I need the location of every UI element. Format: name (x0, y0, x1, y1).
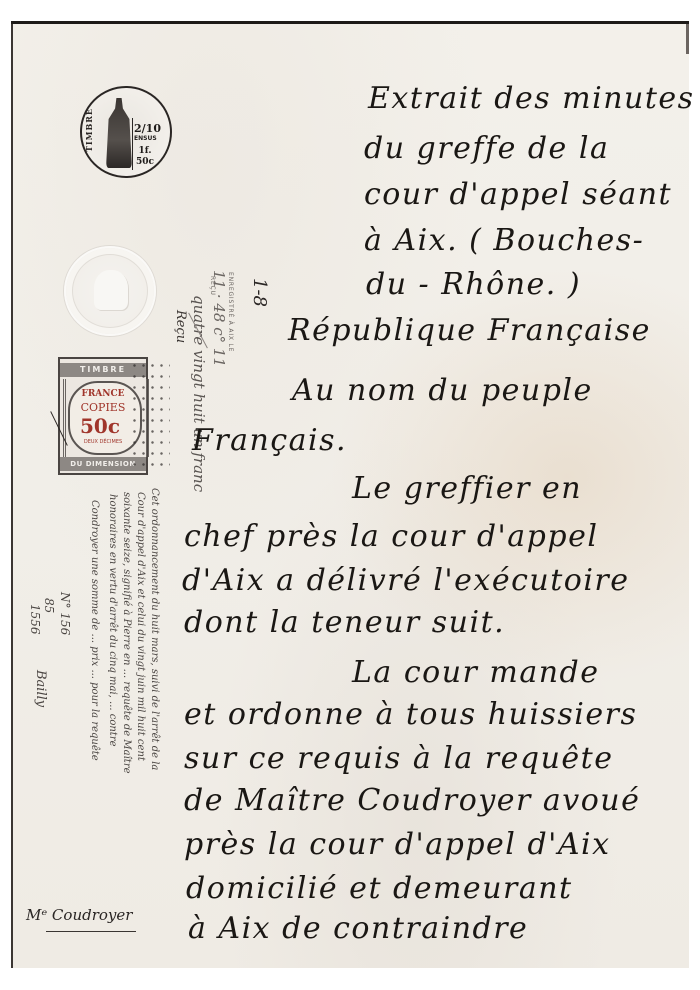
registration-signature: Reçu (173, 310, 188, 343)
embossed-seal (64, 246, 156, 336)
body-line: du greffe de la (364, 134, 609, 164)
body-line: Français. (192, 426, 347, 456)
body-line: La cour mande (352, 658, 600, 688)
body-line: sur ce requis à la requête (184, 744, 613, 774)
timbre-value-bottom-1: 1f. (136, 146, 154, 157)
body-line: à Aix de contraindre (188, 914, 528, 944)
margin-note-line-3: soixante seize, signifié à Pierre en ...… (121, 492, 132, 774)
body-line: cour d'appel séant (364, 180, 672, 210)
body-line: domicilié et demeurant (186, 874, 573, 904)
timbre-stamp-circular: TIMBRE 2/10 ENSUS 1f. 50c (80, 86, 172, 178)
margin-number-2: 85 (42, 598, 56, 613)
justice-figure-icon (106, 98, 132, 168)
timbre-value-bottom: 1f. 50c (136, 146, 154, 168)
timbre-side-label: TIMBRE (84, 108, 94, 152)
body-line: Au nom du peuple (292, 376, 593, 406)
margin-note-line-4: honoraires en vertu d'arrêt du cinq mai,… (107, 494, 118, 747)
margin-number-1: N° 156 (58, 592, 72, 635)
registration-print: ENREGISTRÉ À AIX LE (227, 272, 234, 352)
margin-note-line-5: Condroyer une somme de ... prix ... pour… (89, 500, 100, 761)
body-line: d'Aix a délivré l'exécutoire (182, 566, 630, 596)
body-line: Extrait des minutes (368, 84, 695, 114)
timbre-value-bottom-2: 50c (136, 157, 154, 168)
margin-note-line-2: Cour d'appel d'Aix et celui du vingt jui… (135, 492, 146, 761)
body-line: du - Rhône. ) (366, 270, 581, 300)
timbre-value-top-sub: ENSUS (134, 135, 157, 142)
attorney-name: Mᵉ Coudroyer (26, 906, 132, 924)
body-line: chef près la cour d'appel (184, 522, 598, 552)
seal-emblem-icon (94, 270, 128, 310)
body-line: à Aix. ( Bouches- (364, 226, 644, 256)
margin-signature: Bailly (33, 670, 48, 707)
body-line: et ordonne à tous huissiers (184, 700, 637, 730)
copies-stamp-value: 50c (60, 414, 140, 438)
margin-number-3: 1556 (28, 604, 42, 635)
body-line: de Maître Coudroyer avoué (184, 786, 640, 816)
body-line: dont la teneur suit. (184, 608, 505, 638)
body-line: près la cour d'appel d'Aix (184, 830, 611, 860)
body-line: République Française (288, 316, 651, 346)
perforation-cancel-marks (130, 360, 170, 470)
registration-hand-1: 11 · 48 c° 11 (210, 270, 228, 367)
attorney-name-underline (46, 931, 136, 932)
folio-reference: 1-8 (249, 278, 270, 307)
body-line: Le greffier en (352, 474, 582, 504)
timbre-value-top: 2/10 (134, 122, 161, 135)
margin-note-line-1: Cet ordonnancement du huit mars, suivi d… (149, 488, 160, 770)
registration-hand-2: quatre vingt huit un franc (190, 295, 208, 492)
